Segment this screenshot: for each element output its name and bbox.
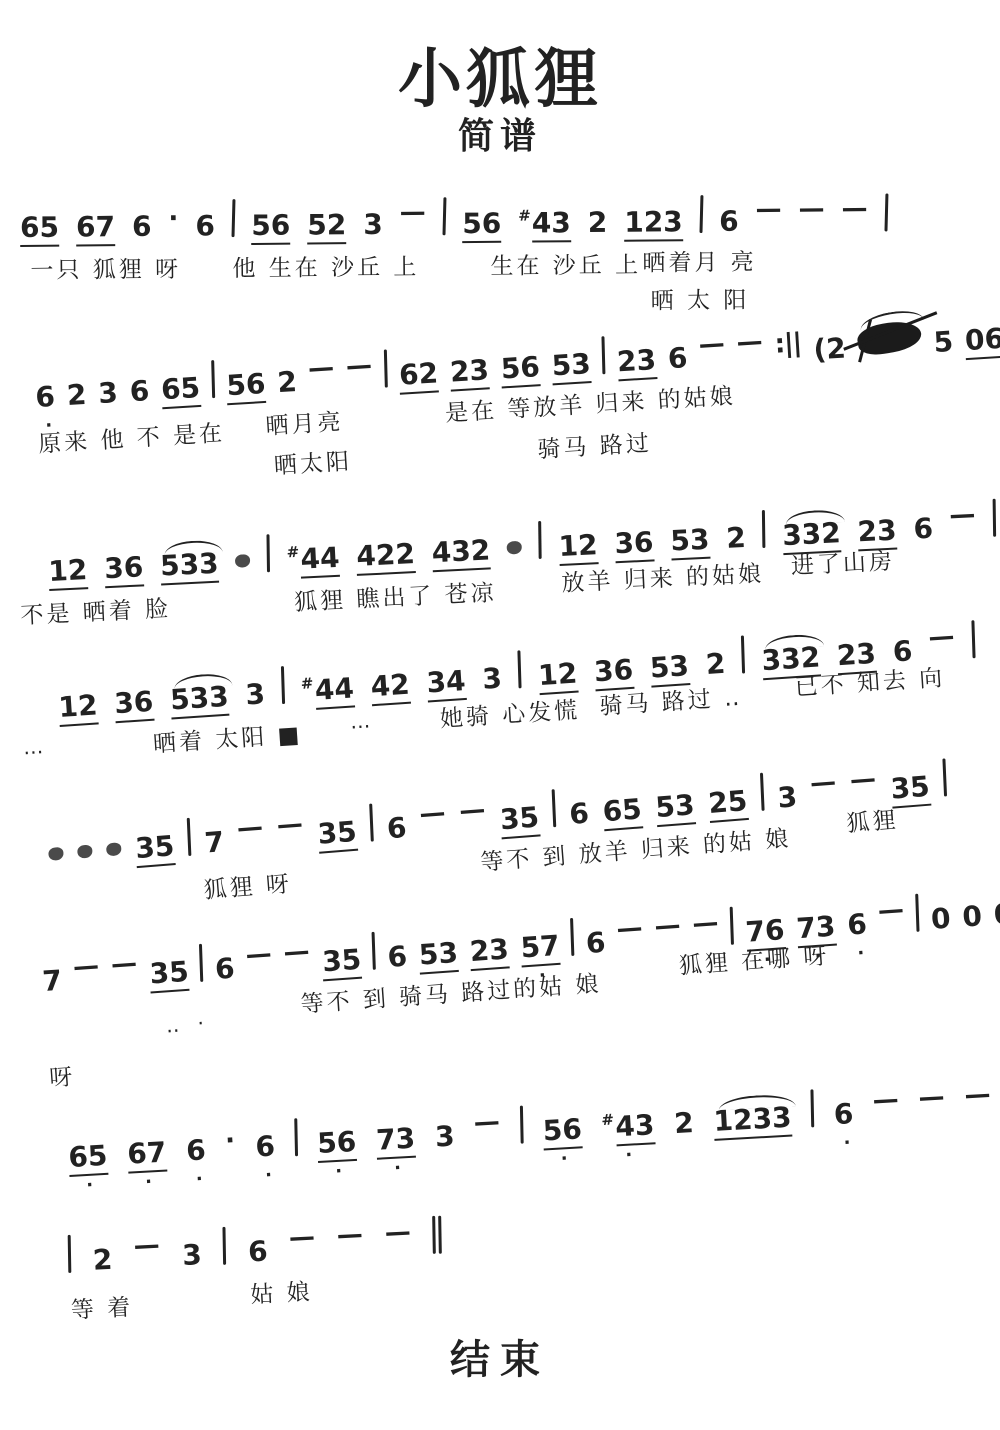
note-group: 2 — [726, 524, 747, 553]
sharp-icon: # — [286, 543, 299, 562]
note-group: 52 — [307, 211, 346, 239]
lyric-segment: 原来 他 不 是在 — [37, 415, 226, 459]
bar-line — [187, 818, 191, 856]
lyric-segment: 狐狸 呀 — [202, 865, 293, 905]
music-system-8: 2—36——— 等 着 姑 娘 — [67, 1212, 445, 1276]
sustain-dash: — — [809, 769, 838, 805]
note-group: 6 — [667, 344, 688, 373]
lyric-segment: 晒太阳 — [273, 443, 353, 481]
music-system-4: 12365333#44423431236532332236— ⋯ 晒着 太阳 ■… — [57, 617, 976, 722]
page-title: 小狐狸 — [0, 28, 1000, 120]
notation-row: 65676·656523—56#4321236——— — [20, 190, 888, 242]
sustain-dash: — — [276, 811, 305, 847]
bar-line — [294, 1118, 297, 1156]
note-group: 62 — [398, 359, 439, 389]
sustain-dash: — — [798, 196, 824, 230]
sustain-dash: — — [336, 1222, 364, 1257]
sustain-dash: — — [949, 502, 977, 537]
note-group: 3 — [97, 379, 118, 408]
sharp-icon: # — [518, 207, 531, 225]
bar-line — [211, 360, 214, 398]
lyric-segment: 呀 — [48, 1058, 76, 1093]
sustain-dash: — — [654, 912, 682, 948]
lyric-segment: 姑 娘 — [249, 1273, 313, 1309]
sustain-dash: — — [473, 1109, 501, 1144]
note-group: 65 — [160, 374, 201, 404]
note-group: 53 — [654, 791, 695, 822]
music-system-3: 1236533#444224321236532332236— 不是 晒着 脸 狐… — [47, 496, 996, 586]
sustain-dash: — — [288, 1224, 316, 1259]
note-group: 533 — [169, 683, 229, 715]
note-group: 56 — [226, 370, 267, 400]
note-group: 36 — [614, 528, 654, 558]
note-group: 6· — [255, 1132, 276, 1161]
dot-note: · — [224, 1128, 235, 1155]
final-bar-line — [433, 1216, 436, 1254]
sharp-icon: # — [300, 674, 314, 693]
rest-blob — [507, 540, 523, 554]
bar-line — [602, 336, 605, 374]
note-group: 06 — [964, 325, 1000, 355]
note-group: 53 — [670, 526, 710, 556]
bar-line — [518, 650, 522, 688]
bar-line — [884, 193, 887, 231]
note-group: #44 — [300, 674, 354, 705]
note-group: 6· — [833, 1100, 854, 1129]
note-group: 2 — [588, 209, 608, 237]
note-group: 53 — [418, 939, 459, 970]
bar-line — [369, 804, 373, 842]
bar-line — [231, 199, 234, 237]
lyric-segment: 狐狸 瞧出了 苍凉 — [293, 574, 497, 617]
note-group: 6 — [585, 929, 606, 958]
lyric-segment: 骑马 路过 — [536, 424, 652, 464]
bar-line — [442, 197, 445, 235]
bar-line — [372, 932, 376, 970]
bar-line — [971, 620, 975, 658]
bar-line — [223, 1227, 226, 1265]
sustain-dash: — — [736, 329, 764, 365]
sustain-dash: — — [345, 352, 373, 388]
sustain-dash: — — [872, 1087, 900, 1122]
note-group: 6 — [387, 943, 408, 972]
bar-line — [942, 758, 946, 796]
note-group: 6 — [214, 955, 235, 984]
lyric-segment: ‥ · — [165, 1010, 211, 1037]
note-group: 3 — [363, 211, 383, 239]
sustain-dash: — — [849, 766, 878, 802]
sustain-dash: — — [133, 1232, 161, 1267]
note-group: 25 — [707, 787, 748, 818]
dot-note: · — [168, 206, 178, 232]
bar-line — [267, 534, 270, 572]
note-group: 42 — [370, 671, 411, 702]
note-group: 65 — [602, 795, 643, 826]
sustain-dash: — — [918, 1084, 946, 1119]
notation-row: 2—36——— — [67, 1212, 445, 1276]
note-group: #43 — [518, 209, 571, 237]
sheet-music-page: 小狐狸 简谱 65676·656523—56#4321236——— 一只 狐狸 … — [0, 0, 1000, 1430]
note-group: 0 — [930, 905, 951, 934]
lyric-segment: 晒着 太阳 ■ — [152, 716, 303, 759]
bar-line — [384, 350, 387, 388]
note-group: 53 — [551, 350, 592, 380]
bar-line — [699, 195, 702, 233]
note-group: 5 — [933, 328, 954, 357]
sustain-dash: — — [928, 623, 956, 659]
page-subtitle: 简谱 — [0, 108, 1000, 159]
bar-line — [730, 907, 734, 945]
lyric-segment: 晒 太 阳 — [651, 282, 750, 316]
note-group: 12 — [48, 556, 88, 586]
lyric-segment: 他 生在 沙丘 上 — [232, 249, 419, 284]
bar-line — [551, 789, 555, 827]
note-group: 12 — [558, 531, 598, 561]
note-group: 36 — [593, 656, 634, 687]
bar-line — [760, 773, 764, 811]
bar-line — [992, 499, 995, 537]
note-group: 56· — [317, 1128, 357, 1158]
sustain-dash: — — [307, 355, 335, 391]
note-group: #44 — [286, 544, 340, 575]
rest-blob — [48, 846, 64, 860]
crossed-out-scribble — [855, 318, 923, 358]
note-group: 35 — [321, 946, 362, 977]
note-group: 53 — [649, 652, 690, 683]
bar-line — [570, 918, 574, 956]
sustain-dash: — — [841, 196, 867, 230]
note-group: 2 — [92, 1246, 113, 1275]
note-group: 3 — [482, 665, 503, 694]
end-marker: 结束 — [0, 1328, 1000, 1385]
sharp-icon: # — [601, 1110, 615, 1129]
sustain-dash: — — [72, 953, 100, 989]
note-group: 1233 — [713, 1104, 792, 1136]
note-group: 432 — [431, 536, 491, 567]
note-group: (2 — [813, 334, 847, 364]
note-group: 6· — [185, 1136, 206, 1165]
note-group: 56 — [251, 212, 290, 240]
note-group: 0 — [993, 900, 1000, 929]
lyric-segment: 进了山房 — [790, 543, 895, 581]
note-group: 533 — [160, 550, 220, 581]
bar-line — [741, 635, 745, 673]
sustain-dash: — — [400, 199, 426, 233]
lyric-segment: 等 着 — [70, 1289, 134, 1325]
note-group: 65· — [68, 1142, 108, 1172]
rest-blob — [106, 842, 122, 856]
note-group: 3 — [182, 1241, 203, 1270]
sustain-dash: — — [418, 800, 447, 836]
sustain-dash: — — [245, 941, 273, 977]
note-group: 35 — [499, 803, 540, 834]
bar-line — [762, 510, 765, 548]
note-group: 34 — [426, 667, 467, 698]
lyric-segment: 一只 狐狸 呀 — [30, 251, 181, 285]
note-group: 73· — [375, 1125, 415, 1155]
note-group: 35 — [890, 773, 931, 804]
note-group: 0 — [962, 902, 983, 931]
note-group: 36 — [104, 553, 144, 583]
sustain-dash: — — [698, 331, 726, 367]
sustain-dash: — — [384, 1219, 412, 1254]
note-group: 6 — [913, 515, 934, 544]
note-group: 65 — [20, 214, 59, 242]
lyric-segment: 狐狸 — [845, 801, 899, 838]
sustain-dash: — — [458, 797, 487, 833]
note-group: 6 — [568, 800, 590, 829]
note-group: 6 — [129, 377, 150, 406]
repeat-sign: :|| — [774, 330, 802, 358]
sustain-dash: — — [964, 1081, 992, 1116]
lyric-segment: 不是 晒着 脸 — [20, 590, 172, 630]
sustain-dash: — — [110, 950, 138, 986]
note-group: 35 — [149, 958, 190, 989]
notation-row: 65·67·6··6·56·73·3—56·#43·212336·——— — [67, 1075, 1000, 1172]
lyric-segment: ⋯ — [350, 713, 378, 739]
note-group: 35 — [317, 818, 358, 849]
bar-line — [199, 944, 203, 982]
lyric-segment: 晒月亮 — [265, 403, 345, 441]
music-system-6: 7——356——356532357·6———76·73·6·—0000 呀 等不… — [40, 881, 1000, 996]
sustain-dash: — — [616, 915, 644, 951]
lyric-segment: 生在 沙丘 上 — [490, 247, 641, 281]
note-group: 6 — [247, 1238, 268, 1267]
note-group: 23 — [469, 935, 510, 966]
note-group: 6 — [195, 212, 215, 240]
bar-line — [811, 1089, 814, 1127]
note-group: 56 — [500, 353, 541, 383]
lyric-segment: 晒着月 亮 — [642, 244, 757, 278]
note-group: 67· — [127, 1139, 167, 1169]
music-system-2: 6·23665562——62235653236——:||(250612) 原来 … — [34, 305, 1000, 412]
sustain-dash: — — [283, 938, 311, 974]
note-group: 36 — [113, 688, 154, 719]
note-group: 2 — [277, 368, 298, 397]
music-system-5: 357——356——3566553253——35 狐狸 呀 等不 到 放羊 归来… — [46, 755, 947, 869]
note-group: 6· — [35, 383, 56, 412]
note-group: 3 — [777, 783, 799, 812]
note-group: 35 — [134, 832, 175, 863]
bar-line — [538, 521, 541, 559]
note-group: 57· — [520, 932, 561, 963]
bar-line — [520, 1106, 523, 1144]
note-group: 7 — [42, 967, 63, 996]
note-group: 67 — [76, 213, 115, 241]
tie-arc — [859, 307, 924, 330]
bar-line — [68, 1235, 71, 1273]
note-group: 23 — [616, 346, 657, 376]
note-group: #43· — [601, 1111, 655, 1142]
note-group: 6· — [846, 910, 867, 939]
rest-blob — [235, 554, 251, 568]
note-group: 2 — [66, 381, 87, 410]
note-group: 422 — [356, 540, 416, 571]
music-system-1: 65676·656523—56#4321236——— 一只 狐狸 呀 他 生在 … — [20, 190, 888, 242]
sustain-dash: — — [877, 897, 905, 933]
bar-line — [915, 894, 919, 932]
note-group: 6 — [386, 814, 408, 843]
note-group: 2 — [705, 650, 726, 679]
note-group: 12 — [537, 660, 578, 691]
note-group: 56· — [542, 1115, 582, 1145]
note-group: 56 — [462, 210, 501, 238]
note-group: 6 — [719, 208, 739, 236]
bar-line — [281, 666, 285, 704]
music-system-7: 65·67·6··6·56·73·3—56·#43·212336·——— — [67, 1075, 1000, 1172]
lyric-segment: ⋯ — [23, 739, 51, 765]
sustain-dash: — — [755, 196, 781, 230]
note-group: 3 — [245, 680, 266, 709]
note-group: 123 — [624, 208, 683, 237]
note-group: 23 — [449, 356, 490, 386]
note-group: 6 — [132, 213, 152, 241]
sustain-dash: — — [692, 910, 720, 946]
rest-blob — [77, 844, 93, 858]
note-group: 2 — [673, 1109, 694, 1138]
sustain-dash: — — [236, 814, 265, 850]
note-group: 7 — [204, 828, 226, 857]
note-group: 3 — [434, 1122, 455, 1151]
note-group: 12 — [58, 691, 99, 722]
